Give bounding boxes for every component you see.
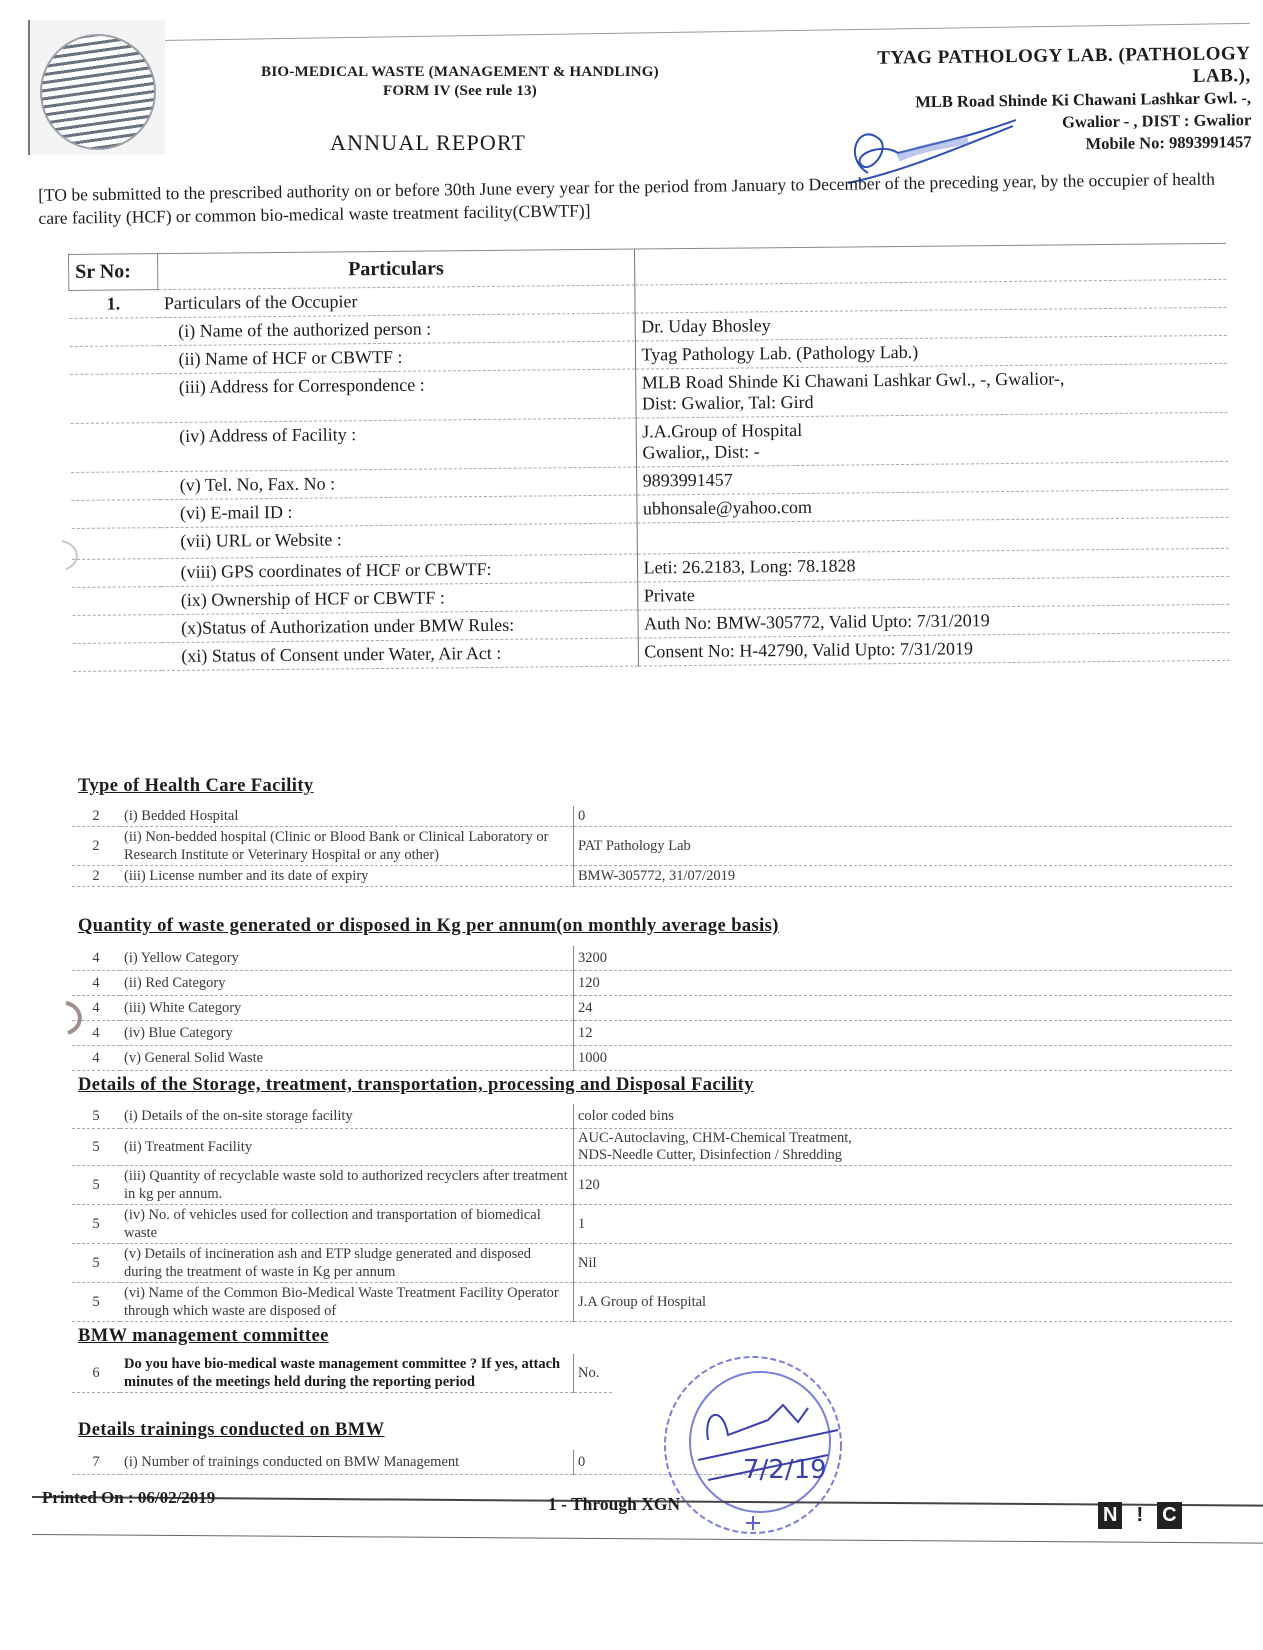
table-row: 4(i) Yellow Category3200	[72, 946, 1232, 971]
value-header	[634, 243, 1226, 285]
section-title-storage-details: Details of the Storage, treatment, trans…	[78, 1075, 754, 1096]
table-row: 5(iii) Quantity of recyclable waste sold…	[72, 1166, 1232, 1205]
form-title-line2: FORM IV (See rule 13)	[205, 82, 715, 101]
row-label: (vii) URL or Website :	[160, 523, 637, 559]
board-logo	[28, 20, 165, 155]
table-row: 2(i) Bedded Hospital0	[72, 806, 1232, 827]
storage-details-table: 5(i) Details of the on-site storage faci…	[72, 1104, 1232, 1322]
section-title-waste-quantity: Quantity of waste generated or disposed …	[78, 916, 779, 937]
row-label: (iii) Address for Correspondence :	[159, 369, 636, 423]
sr-no-header: Sr No:	[69, 254, 158, 291]
occupier-particulars-table: Sr No: Particulars 1. Particulars of the…	[68, 243, 1230, 672]
printed-on-date: Printed On : 06/02/2019	[42, 1488, 215, 1508]
table-row: 5(ii) Treatment FacilityAUC-Autoclaving,…	[72, 1129, 1232, 1166]
nic-logo: N ! C	[1098, 1502, 1182, 1529]
particulars-header: Particulars	[158, 249, 635, 290]
annual-report-page: BIO-MEDICAL WASTE (MANAGEMENT & HANDLING…	[0, 0, 1263, 1650]
table-row: 2(iii) License number and its date of ex…	[72, 866, 1232, 887]
table-row: 5(iv) No. of vehicles used for collectio…	[72, 1205, 1232, 1244]
table-row: 2(ii) Non-bedded hospital (Clinic or Blo…	[72, 827, 1232, 866]
pollution-control-board-logo-icon	[40, 34, 156, 150]
section-title-committee: BMW management committee	[78, 1326, 329, 1347]
nic-logo-i: !	[1136, 1504, 1143, 1527]
facility-type-table: 2(i) Bedded Hospital0 2(ii) Non-bedded h…	[72, 806, 1232, 887]
row-value: Consent No: H-42790, Valid Upto: 7/31/20…	[638, 632, 1230, 666]
row-label: (xi) Status of Consent under Water, Air …	[161, 638, 638, 671]
form-title-line1: BIO-MEDICAL WASTE (MANAGEMENT & HANDLING…	[205, 63, 715, 82]
row-value-line2: Dist: Gwalior, Tal: Gird	[642, 388, 1222, 415]
section-sr: 1.	[69, 290, 158, 319]
row-label: (iv) Address of Facility :	[159, 418, 636, 472]
table-row: 5(v) Details of incineration ash and ETP…	[72, 1244, 1232, 1283]
table-row: 5(i) Details of the on-site storage faci…	[72, 1104, 1232, 1129]
section-title-facility-type: Type of Health Care Facility	[78, 776, 314, 797]
table-row: 4(iii) White Category24	[72, 996, 1232, 1021]
table-row: 6Do you have bio-medical waste managemen…	[72, 1354, 612, 1393]
page-info: 1 - Through XGN	[548, 1494, 680, 1515]
report-title: ANNUAL REPORT	[330, 130, 526, 156]
section-title-trainings: Details trainings conducted on BMW	[78, 1420, 385, 1441]
table-row: 4(ii) Red Category120	[72, 971, 1232, 996]
committee-table: 6Do you have bio-medical waste managemen…	[72, 1354, 612, 1393]
header-rule	[160, 23, 1250, 41]
submission-instructions: [TO be submitted to the prescribed autho…	[38, 167, 1239, 230]
stamp-date: 7/2/19	[743, 1455, 827, 1485]
punch-hole-mark-icon	[52, 535, 92, 575]
waste-quantity-table: 4(i) Yellow Category3200 4(ii) Red Categ…	[72, 946, 1232, 1071]
table-row: 4(iv) Blue Category12	[72, 1021, 1232, 1046]
nic-logo-n: N	[1098, 1502, 1122, 1529]
punch-hole-mark-icon	[60, 1000, 90, 1036]
row-label: (ii) Name of HCF or CBWTF :	[158, 341, 635, 374]
row-value-line2: Gwalior,, Dist: -	[642, 437, 1222, 464]
form-title: BIO-MEDICAL WASTE (MANAGEMENT & HANDLING…	[205, 63, 715, 101]
table-row: 4(v) General Solid Waste1000	[72, 1046, 1232, 1071]
table-row: 5(vi) Name of the Common Bio-Medical Was…	[72, 1283, 1232, 1322]
nic-logo-c: C	[1157, 1502, 1181, 1529]
